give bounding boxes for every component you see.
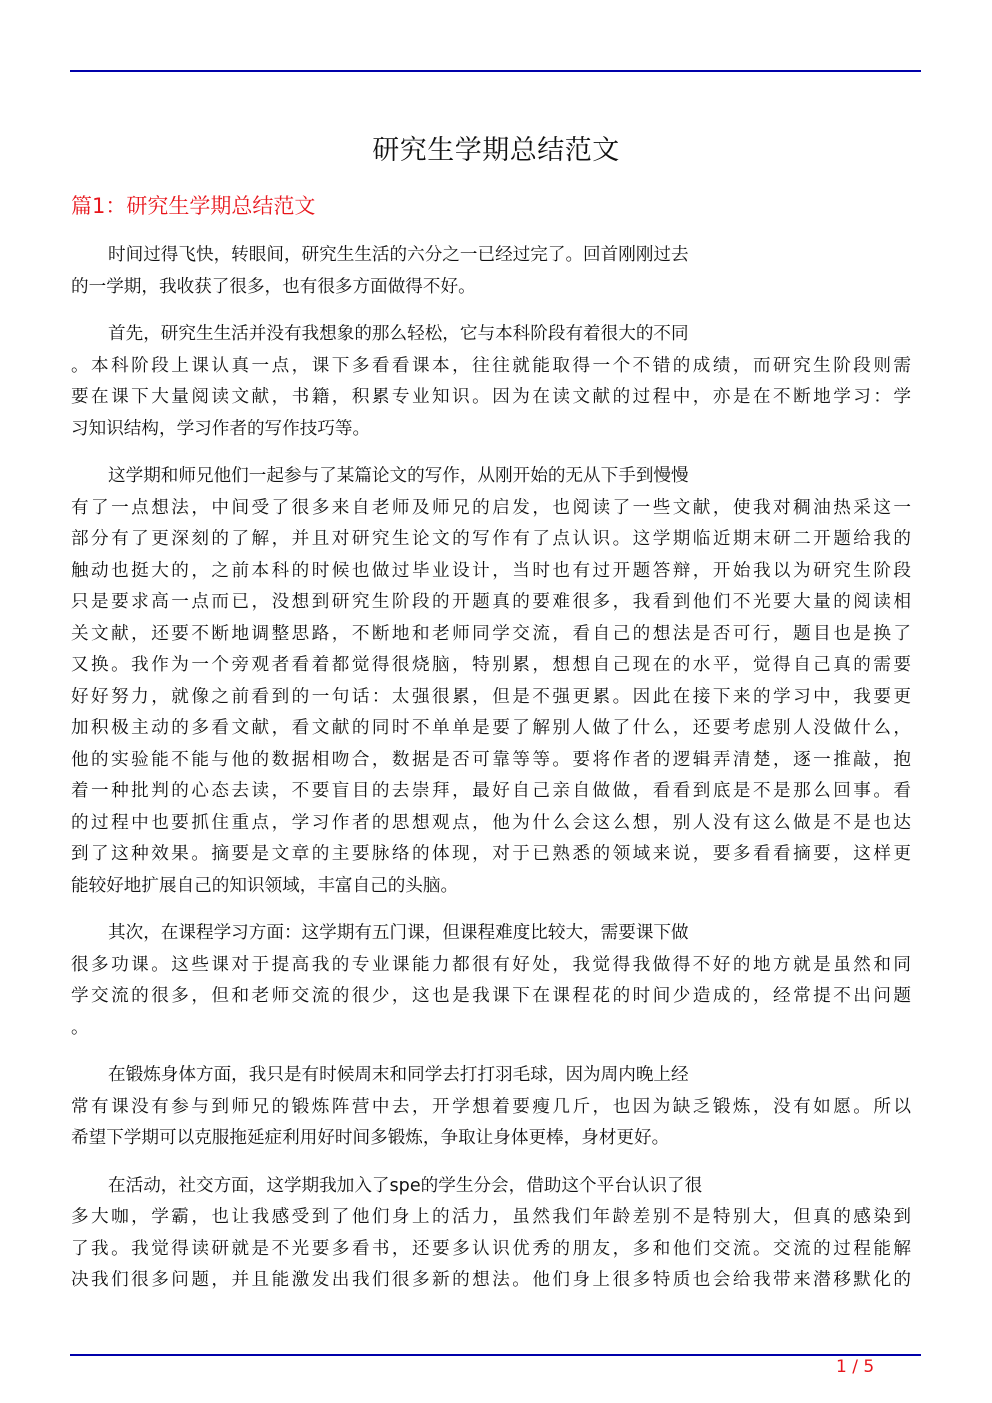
text-line: 希望下学期可以克服拖延症利用好时间多锻炼，争取让身体更棒，身材更好。	[71, 1123, 911, 1155]
text-line: 有了一点想法，中间受了很多来自老师及师兄的启发，也阅读了一些文献，使我对稠油热采…	[71, 493, 911, 525]
text-line: 多大咖，学霸，也让我感受到了他们身上的活力，虽然我们年龄差别不是特别大，但真的感…	[71, 1202, 911, 1234]
text-line: 关文献，还要不断地调整思路，不断地和老师同学交流，看自己的想法是否可行，题目也是…	[71, 619, 911, 651]
text-line: 要在课下大量阅读文献，书籍，积累专业知识。因为在读文献的过程中，亦是在不断地学习…	[71, 382, 911, 414]
text-line: 习知识结构，学习作者的写作技巧等。	[71, 414, 911, 446]
text-line: 决我们很多问题，并且能激发出我们很多新的想法。他们身上很多特质也会给我带来潜移默…	[71, 1265, 911, 1297]
page-number: 1 / 5	[836, 1357, 874, 1377]
text-line: 的一学期，我收获了很多，也有很多方面做得不好。	[71, 272, 911, 304]
text-line: 时间过得飞快，转眼间，研究生生活的六分之一已经过完了。回首刚刚过去	[71, 240, 911, 272]
text-line: 在锻炼身体方面，我只是有时候周末和同学去打打羽毛球，因为周内晚上经	[71, 1060, 911, 1092]
text-line: 只是要求高一点而已，没想到研究生阶段的开题真的要难很多，我看到他们不光要大量的阅…	[71, 587, 911, 619]
text-line: 首先，研究生生活并没有我想象的那么轻松，它与本科阶段有着很大的不同	[71, 319, 911, 351]
text-line: 学交流的很多，但和老师交流的很少，这也是我课下在课程花的时间少造成的，经常提不出…	[71, 981, 911, 1013]
paragraph: 在锻炼身体方面，我只是有时候周末和同学去打打羽毛球，因为周内晚上经 常有课没有参…	[71, 1060, 911, 1155]
text-line: 在活动，社交方面，这学期我加入了spe的学生分会，借助这个平台认识了很	[71, 1171, 911, 1203]
text-line: 好好努力，就像之前看到的一句话：太强很累，但是不强更累。因此在接下来的学习中，我…	[71, 682, 911, 714]
section-heading: 篇1：研究生学期总结范文	[71, 190, 315, 220]
text-line: 。本科阶段上课认真一点，课下多看看课本，往往就能取得一个不错的成绩，而研究生阶段…	[71, 351, 911, 383]
paragraph: 这学期和师兄他们一起参与了某篇论文的写作，从刚开始的无从下手到慢慢 有了一点想法…	[71, 461, 911, 902]
text-line: 加积极主动的多看文献，看文献的同时不单单是要了解别人做了什么，还要考虑别人没做什…	[71, 713, 911, 745]
document-title: 研究生学期总结范文	[0, 128, 992, 167]
text-line: 的过程中也要抓住重点，学习作者的思想观点，他为什么会这么想，别人没有这么做是不是…	[71, 808, 911, 840]
text-line: 触动也挺大的，之前本科的时候也做过毕业设计，当时也有过开题答辩，开始我以为研究生…	[71, 556, 911, 588]
text-line: 部分有了更深刻的了解，并且对研究生论文的写作有了点认识。这学期临近期末研二开题给…	[71, 524, 911, 556]
text-line: 其次，在课程学习方面：这学期有五门课，但课程难度比较大，需要课下做	[71, 918, 911, 950]
header-rule	[70, 70, 921, 72]
paragraph: 在活动，社交方面，这学期我加入了spe的学生分会，借助这个平台认识了很 多大咖，…	[71, 1171, 911, 1297]
text-line: 又换。我作为一个旁观者看着都觉得很烧脑，特别累，想想自己现在的水平，觉得自己真的…	[71, 650, 911, 682]
text-line: 常有课没有参与到师兄的锻炼阵营中去，开学想着要瘦几斤，也因为缺乏锻炼，没有如愿。…	[71, 1092, 911, 1124]
text-line: 着一种批判的心态去读，不要盲目的去崇拜，最好自己亲自做做，看看到底是不是那么回事…	[71, 776, 911, 808]
text-line: 到了这种效果。摘要是文章的主要脉络的体现，对于已熟悉的领域来说，要多看看摘要，这…	[71, 839, 911, 871]
text-line: 。	[71, 1013, 911, 1045]
text-line: 了我。我觉得读研就是不光要多看书，还要多认识优秀的朋友，多和他们交流。交流的过程…	[71, 1234, 911, 1266]
footer-rule	[70, 1354, 921, 1356]
text-line: 这学期和师兄他们一起参与了某篇论文的写作，从刚开始的无从下手到慢慢	[71, 461, 911, 493]
paragraph: 时间过得飞快，转眼间，研究生生活的六分之一已经过完了。回首刚刚过去 的一学期，我…	[71, 240, 911, 303]
paragraph: 其次，在课程学习方面：这学期有五门课，但课程难度比较大，需要课下做 很多功课。这…	[71, 918, 911, 1044]
text-line: 能较好地扩展自己的知识领域，丰富自己的头脑。	[71, 871, 911, 903]
text-line: 很多功课。这些课对于提高我的专业课能力都很有好处，我觉得我做得不好的地方就是虽然…	[71, 950, 911, 982]
text-line: 他的实验能不能与他的数据相吻合，数据是否可靠等等。要将作者的逻辑弄清楚，逐一推敲…	[71, 745, 911, 777]
document-body: 时间过得飞快，转眼间，研究生生活的六分之一已经过完了。回首刚刚过去 的一学期，我…	[71, 240, 911, 1313]
paragraph: 首先，研究生生活并没有我想象的那么轻松，它与本科阶段有着很大的不同 。本科阶段上…	[71, 319, 911, 445]
